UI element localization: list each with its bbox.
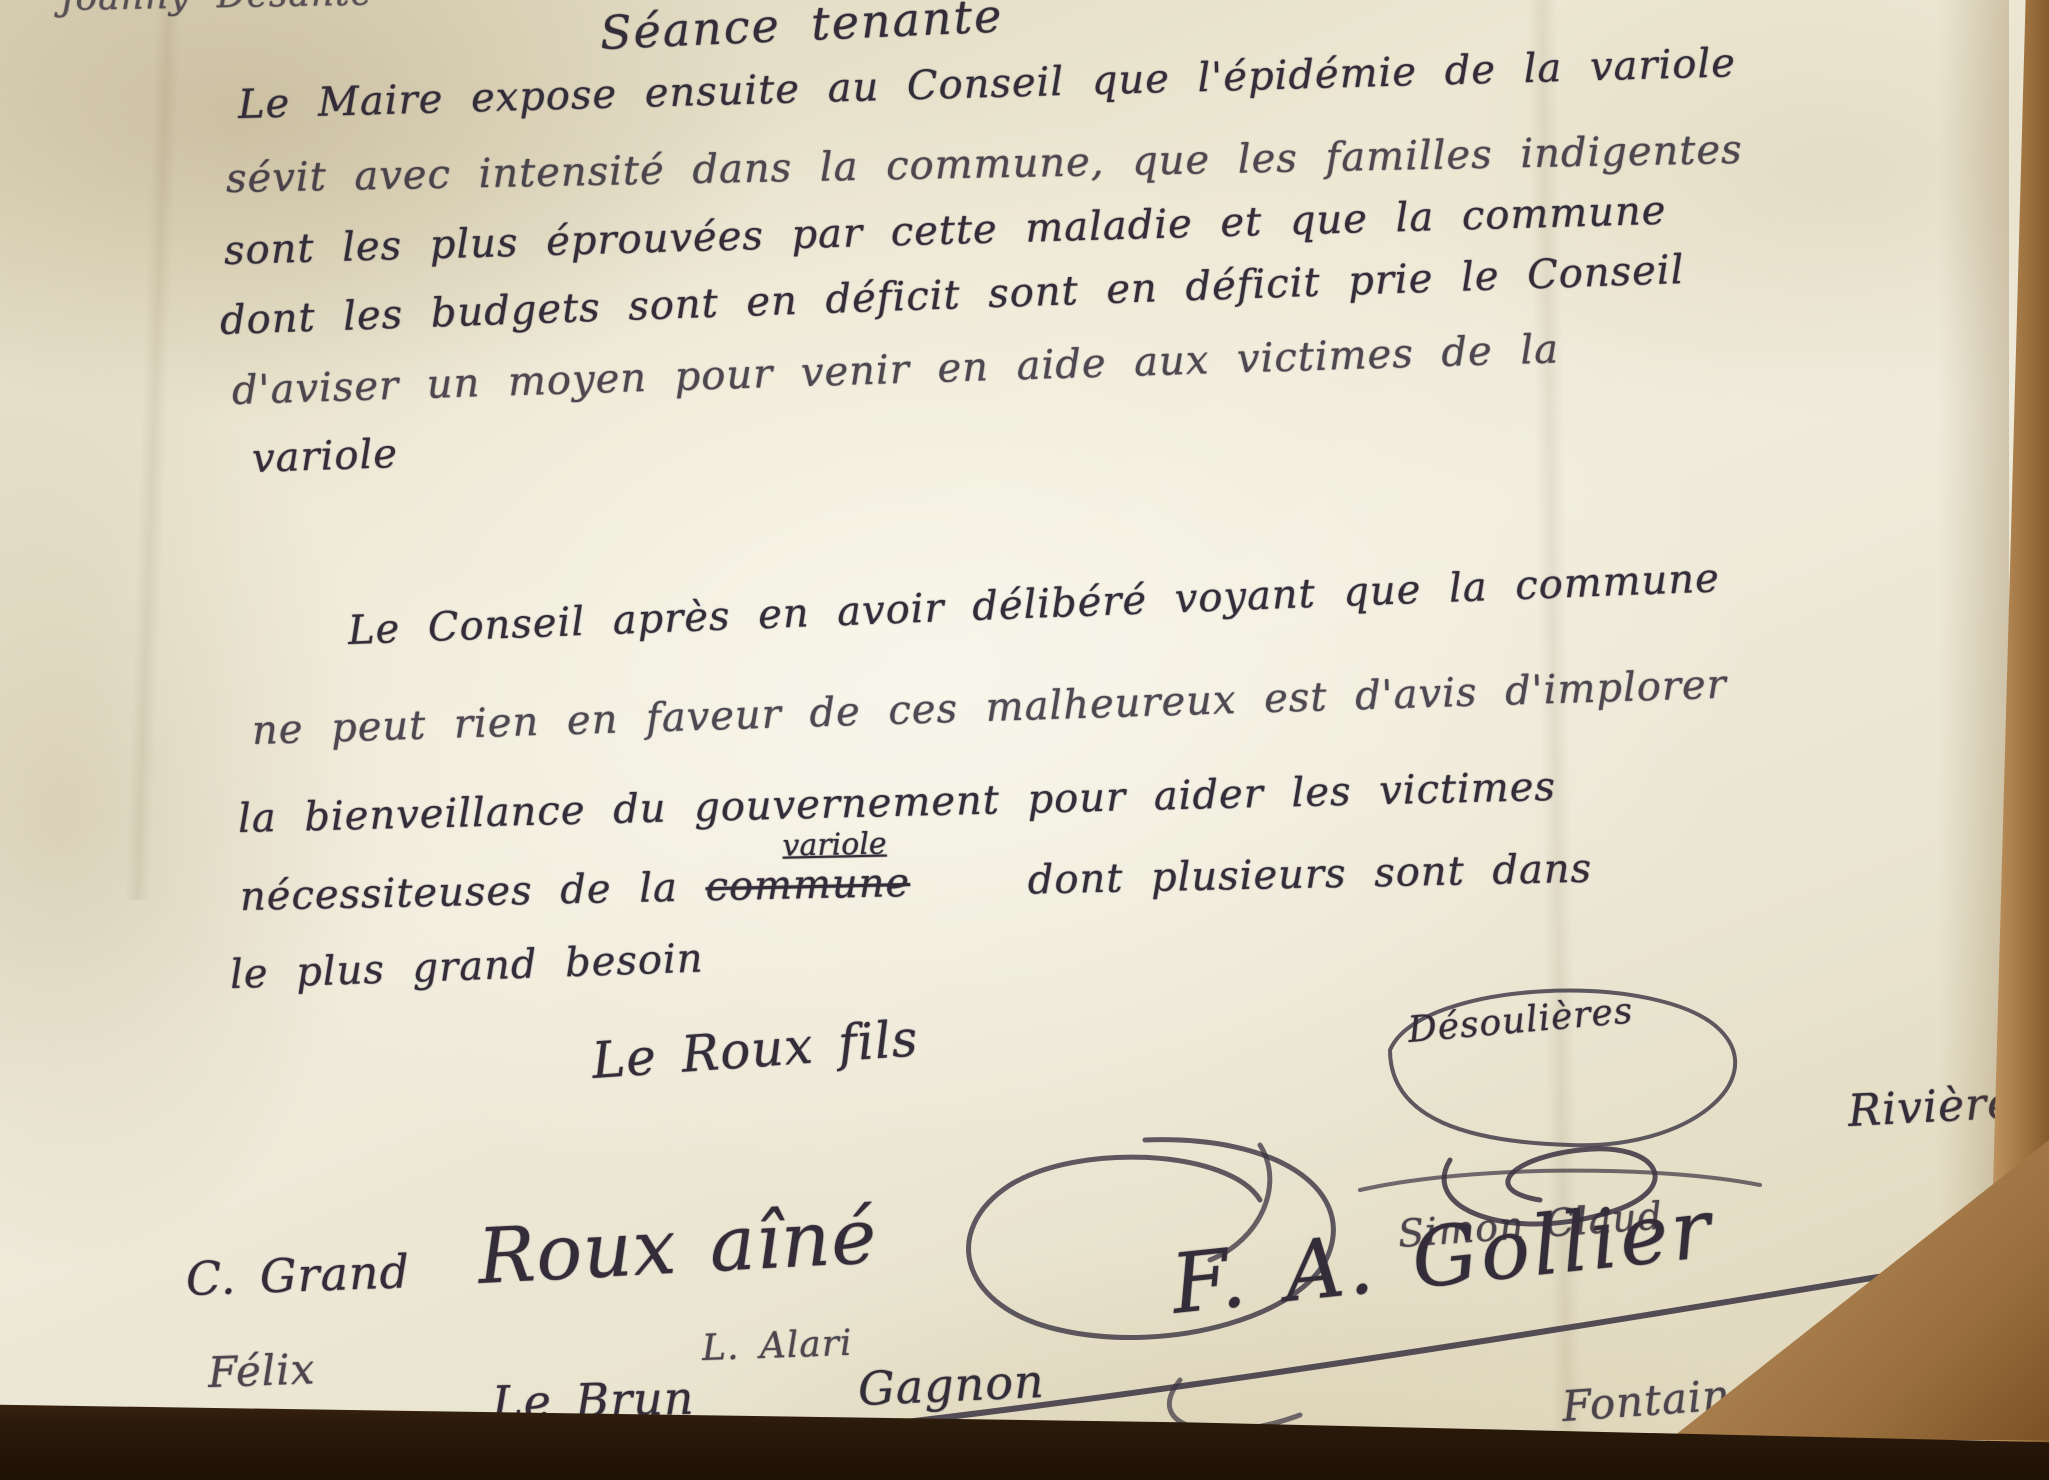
manuscript-line: Le Maire expose ensuite au Conseil que l… [237, 40, 1736, 128]
paper-crease [124, 0, 181, 900]
manuscript-line: variole [251, 431, 398, 482]
manuscript-photo: Joanny Desante Séance tenante Le Maire e… [0, 0, 2049, 1480]
signature-left-initial: C. Grand [185, 1244, 411, 1306]
signature-right: Rivière [1847, 1077, 2016, 1137]
manuscript-line-with-correction: nécessiteuses de la commune variole dont… [240, 846, 1593, 920]
struck-word: commune [705, 860, 910, 910]
line-suffix: dont plusieurs sont dans [937, 846, 1592, 906]
manuscript-line: ne peut rien en faveur de ces malheureux… [251, 662, 1727, 754]
document-title: Séance tenante [599, 0, 1004, 60]
line-prefix: nécessiteuses de la [240, 865, 679, 920]
manuscript-line: la bienveillance du gouvernement pour ai… [237, 764, 1556, 842]
manuscript-line: le plus grand besoin [229, 935, 704, 998]
inserted-word: variole [782, 826, 887, 863]
manuscript-line: sévit avec intensité dans la commune, qu… [226, 127, 1743, 202]
manuscript-partial-top-line: Joanny Desante [60, 0, 373, 19]
manuscript-line: Le Conseil après en avoir délibéré voyan… [347, 555, 1720, 654]
manuscript-line: d'aviser un moyen pour venir en aide aux… [231, 326, 1559, 414]
corrected-word-group: commune variole [705, 860, 910, 910]
signature-felix: Félix [207, 1344, 316, 1397]
signature-center: Le Roux fils [590, 1009, 920, 1090]
